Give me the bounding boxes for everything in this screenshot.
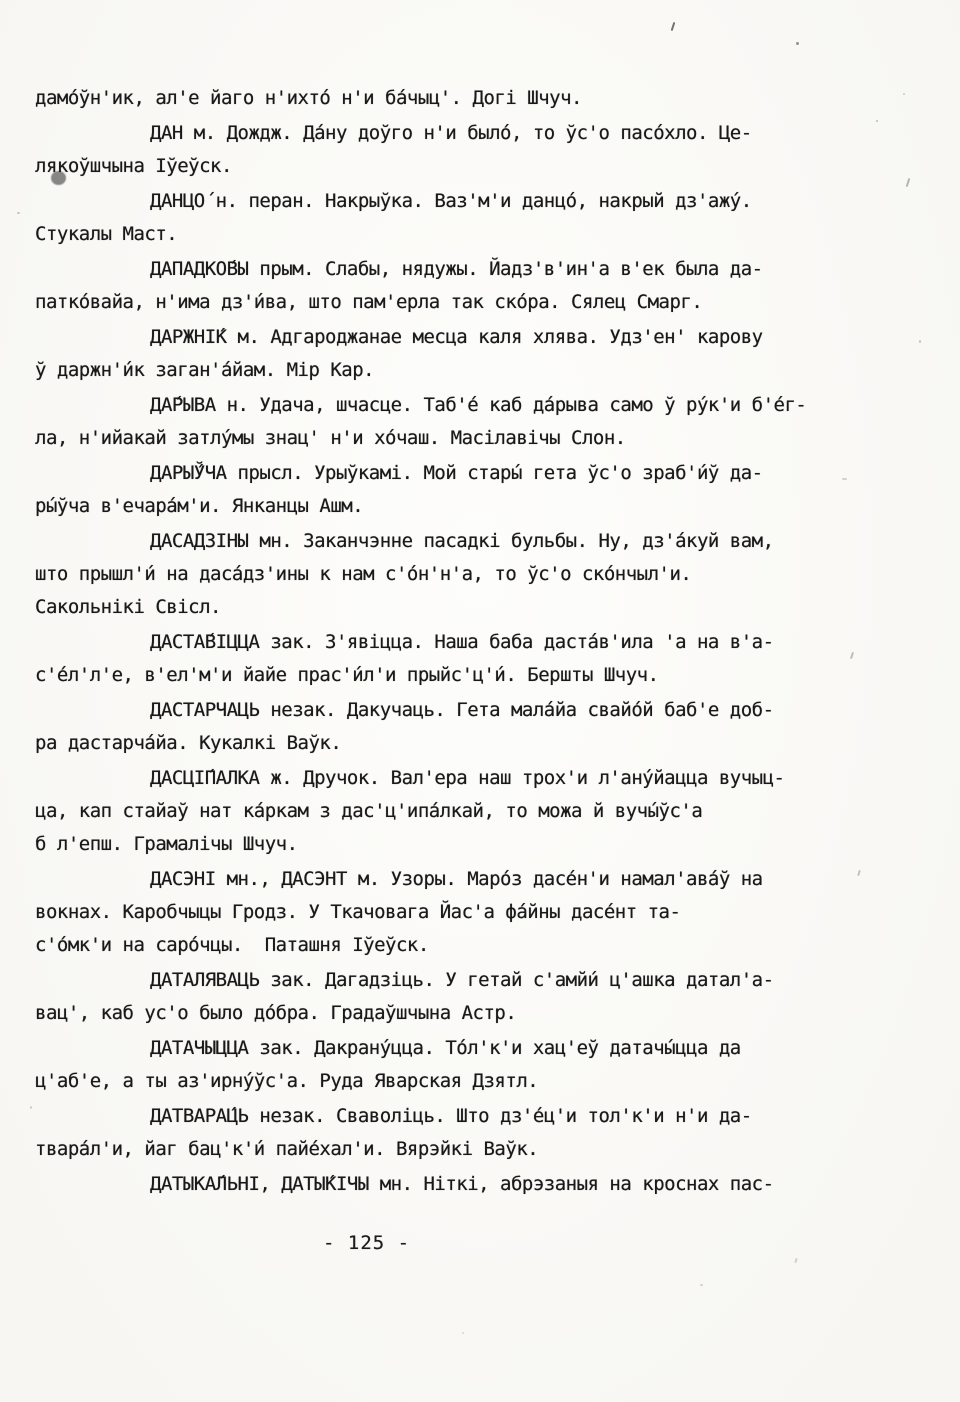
dictionary-text-block: дамо́ўн'ик, ал'е йаго н'ихто́ н'и ба́чыц… xyxy=(35,82,930,1201)
entry-line-dastarchac: ДАСТАРЧАЦЬ незак. Дакучаць. Гета мала́йа… xyxy=(35,694,930,727)
page-number: - 125 - xyxy=(323,1232,410,1254)
entry-line-dascipalka: ДАСЦІ́ПАЛКА ж. Дручок. Вал'ера наш трох'… xyxy=(35,762,930,795)
scan-noise xyxy=(876,120,878,122)
scan-noise xyxy=(842,478,847,480)
entry-line-datachycca: ДАТАЧЫЦЦА зак. Дакрану́цца. То́л'к'и хац… xyxy=(35,1032,930,1065)
entry-line-datvarac: ДАТВАРА́ЦЬ незак. Сваволіць. Што дз'е́ц'… xyxy=(35,1100,930,1133)
continuation-line: с'е́л'л'е, в'ел'м'и йайе прас'и́л'и прый… xyxy=(35,659,930,692)
scan-noise xyxy=(794,1258,797,1263)
scanned-dictionary-page: дамо́ўн'ик, ал'е йаго н'ихто́ н'и ба́чыц… xyxy=(0,0,960,1402)
continuation-line: што прышл'и́ на даса́дз'ины к нам с'о́н'… xyxy=(35,558,930,591)
continuation-line: ры́ўча в'ечара́м'и. Янканцы Ашм. xyxy=(35,490,930,523)
entry-line-daseni: ДАСЭНІ мн., ДАСЭНТ м. Узоры. Маро́з дасе… xyxy=(35,863,930,896)
ink-blot xyxy=(51,171,66,185)
scan-noise xyxy=(903,93,905,95)
entry-line-dapadkovy: ДАПАДКО́ВЫ прым. Слабы, нядужы. Йадз'в'и… xyxy=(35,253,930,286)
continuation-line: с'о́мк'и на саро́чцы. Паташня Іўеўск. xyxy=(35,929,930,962)
continuation-line: ў даржн'и́к заган'а́йам. Мір Кар. xyxy=(35,354,930,387)
scan-noise xyxy=(919,340,921,343)
entry-line-datykalni: ДАТЫКА́ЛЬНІ, ДАТЫ́КІЧЫ мн. Ніткі, абрэза… xyxy=(35,1168,930,1201)
continuation-line: патко́вайа, н'има дз'и́ва, што пам'ерла … xyxy=(35,286,930,319)
scan-noise xyxy=(30,1106,32,1109)
scan-noise xyxy=(671,22,676,31)
scan-noise xyxy=(17,212,20,214)
continuation-line: вац', каб ус'о было до́бра. Градаўшчына … xyxy=(35,997,930,1030)
entry-line-dan: ДАН м. Дождж. Да́ну доўго н'и было́, то … xyxy=(35,117,930,150)
entry-line-dastavicca: ДАСТА́ВІЦЦА зак. З'явіцца. Наша баба дас… xyxy=(35,626,930,659)
continuation-line: Сакольнікі Свісл. xyxy=(35,591,930,624)
entry-line-daryva: ДА́РЫВА н. Удача, шчасце. Таб'е́ каб да́… xyxy=(35,389,930,422)
continuation-line: лякоўшчына Іўеўск. xyxy=(35,150,930,183)
entry-line-datalyavac: ДАТАЛЯВАЦЬ зак. Дагадзіць. У гетай с'амй… xyxy=(35,964,930,997)
continuation-line: ца, кап стайаў нат ка́ркам з дас'ц'ипа́л… xyxy=(35,795,930,828)
entry-line-dasadziny: ДАСАДЗІНЫ мн. Заканчэнне пасадкі бульбы.… xyxy=(35,525,930,558)
entry-line-danco: ДАНЦО́ н. перан. Накрыўка. Ваз'м'и данцо… xyxy=(35,185,930,218)
continuation-line: Стукалы Маст. xyxy=(35,218,930,251)
continuation-line: вокнах. Каробчыцы Гродз. У Ткачовага Йас… xyxy=(35,896,930,929)
continuation-line: ра дастарча́йа. Кукалкі Ваўк. xyxy=(35,727,930,760)
scan-noise xyxy=(462,1332,464,1334)
entry-line-daryucha: ДАРЫ́ЎЧА прысл. Урыўкамі. Мой стары́ гет… xyxy=(35,457,930,490)
scan-noise xyxy=(700,1284,703,1286)
continuation-line: твара́л'и, йаг бац'к'и́ пайе́хал'и. Вярэ… xyxy=(35,1133,930,1166)
entry-line-darzhnik: ДАРЖНІ́К м. Адгароджанае месца каля хляв… xyxy=(35,321,930,354)
continuation-line: ла, н'ийакай затлу́мы знац' н'и хо́чаш. … xyxy=(35,422,930,455)
continuation-line: дамо́ўн'ик, ал'е йаго н'ихто́ н'и ба́чыц… xyxy=(35,82,930,115)
continuation-line: б л'епш. Грамалічы Шчуч. xyxy=(35,828,930,861)
scan-noise xyxy=(796,42,799,45)
continuation-line: ц'аб'е, а ты аз'ирну́ўс'а. Руда Яварская… xyxy=(35,1065,930,1098)
